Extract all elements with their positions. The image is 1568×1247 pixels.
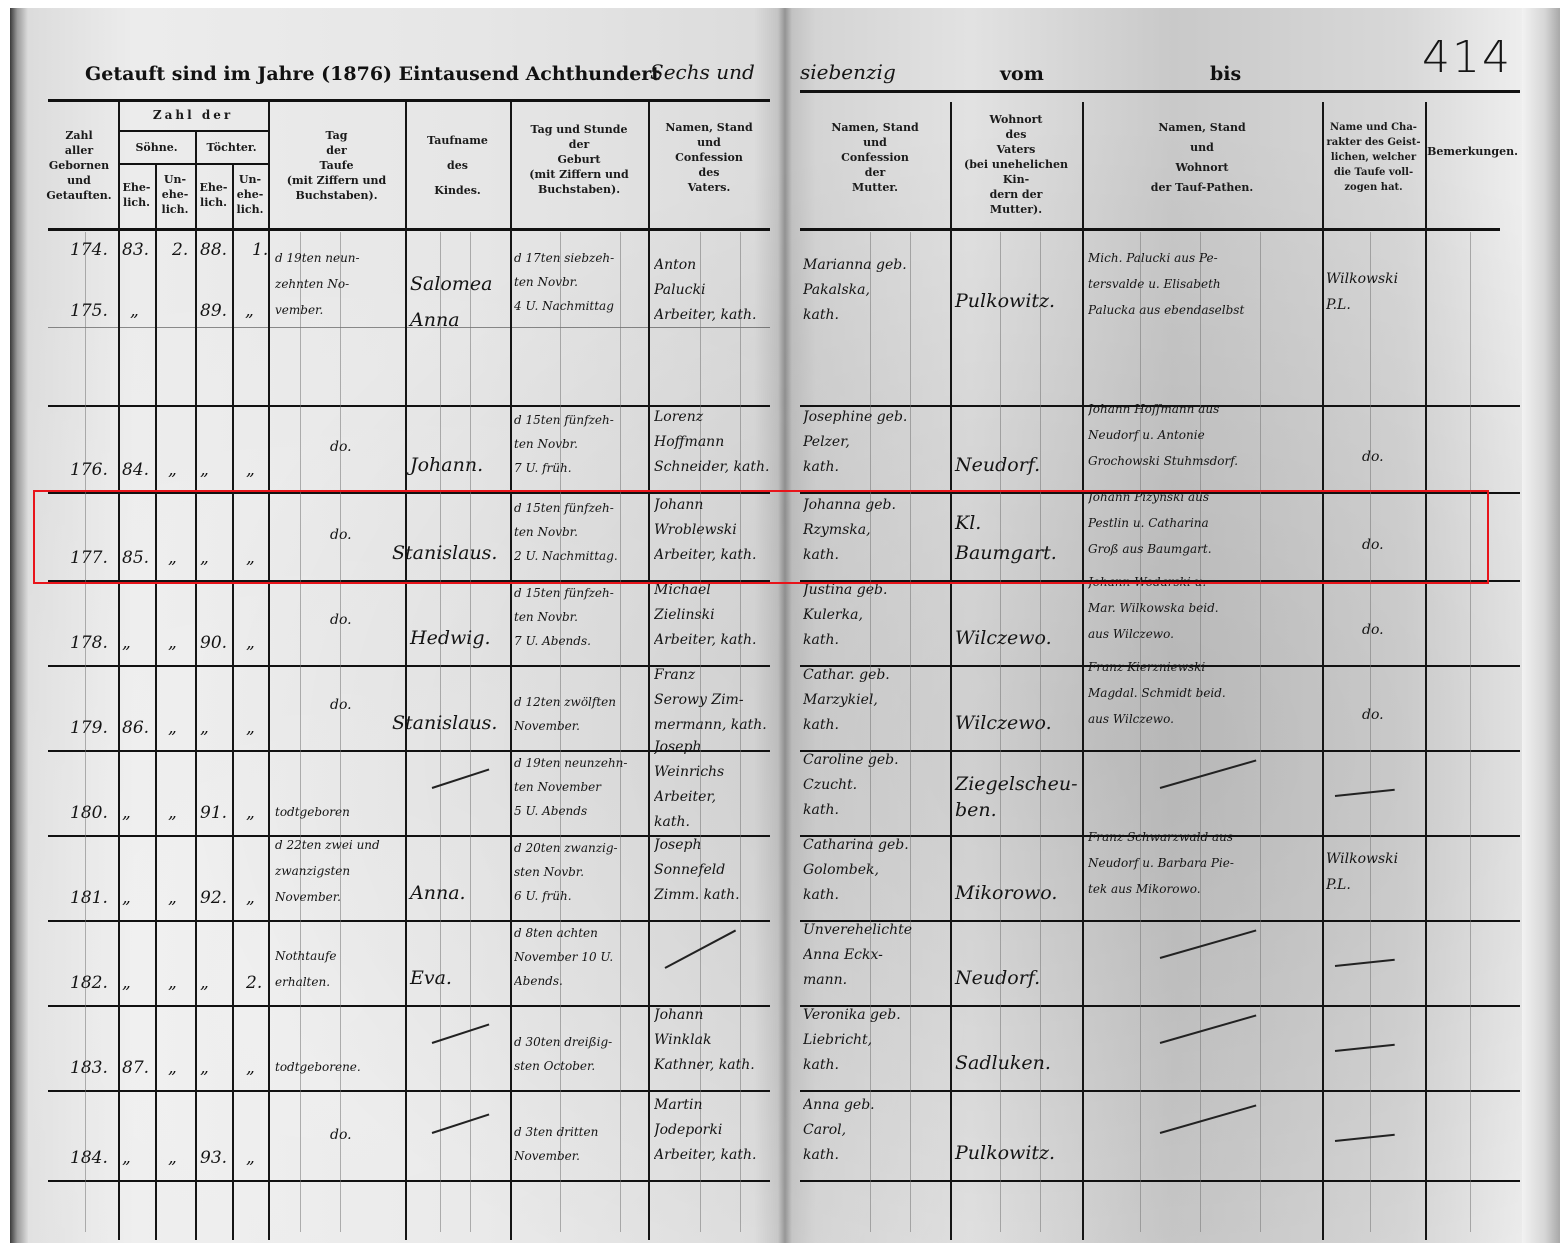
wohnort-des-vaters: Sadluken. xyxy=(955,1052,1051,1074)
book-gutter xyxy=(778,8,792,1243)
soehne-ehelich-count: „ xyxy=(122,1148,131,1168)
entry-number: 175. xyxy=(70,301,108,321)
entry-number: 180. xyxy=(70,803,108,823)
mutter: Justina geb.Kulerka,kath. xyxy=(803,578,949,653)
vater: JohannWinklakKathner, kath. xyxy=(654,1003,772,1078)
wohnort-des-vaters: Neudorf. xyxy=(955,967,1040,989)
faint-ruling xyxy=(1370,232,1371,1232)
toechter-unehelich-count: „ xyxy=(246,1058,255,1078)
row-divider-right xyxy=(800,1090,1520,1092)
toechter-ehelich-count: „ xyxy=(200,460,209,480)
wohnort-des-vaters: Wilczewo. xyxy=(955,712,1052,734)
header-taufname: TaufnamedesKindes. xyxy=(405,128,510,203)
soehne-ehelich-count: 87. xyxy=(122,1058,149,1078)
tag-stunde-geburt: d 3ten drittenNovember. xyxy=(514,1120,648,1168)
geistlicher: WilkowskiP.L. xyxy=(1326,846,1422,898)
toechter-unehelich-count: „ xyxy=(246,888,255,908)
geistlicher: do. xyxy=(1362,444,1384,471)
tauf-pathen: Mich. Palucki aus Pe-tersvalde u. Elisab… xyxy=(1088,245,1320,323)
toechter-unehelich-count: „ xyxy=(246,718,255,738)
toechter-ehelich-count: 88. xyxy=(200,240,227,260)
soehne-unehelich-count: „ xyxy=(168,1058,177,1078)
mutter: Caroline geb.Czucht.kath. xyxy=(803,748,949,823)
tag-der-taufe: todtgeborene. xyxy=(275,1054,403,1080)
wohnort-des-vaters: Ziegelscheu-ben. xyxy=(955,771,1083,823)
title-year-handwritten: Sechs und xyxy=(650,60,755,84)
tag-der-taufe: Nothtaufeerhalten. xyxy=(275,943,403,995)
taufname: Hedwig. xyxy=(410,627,491,649)
column-line xyxy=(268,102,270,1240)
soehne-ehelich-count: „ xyxy=(122,633,131,653)
title-bis: bis xyxy=(1210,63,1241,85)
header-toechter: Töchter. xyxy=(195,140,268,155)
column-line xyxy=(510,102,512,1240)
tag-stunde-geburt: d 19ten neunzehn-ten November5 U. Abends xyxy=(514,751,648,823)
toechter-ehelich-count: 93. xyxy=(200,1148,227,1168)
toechter-ehelich-count: 89. xyxy=(200,301,227,321)
entry-number: 174. xyxy=(70,240,108,260)
header-toechter-ehelich: Ehe-lich. xyxy=(195,180,232,210)
header-bemerkungen: Bemerkungen. xyxy=(1425,144,1520,159)
entry-number: 176. xyxy=(70,460,108,480)
toechter-unehelich-count: „ xyxy=(246,803,255,823)
soehne-unehelich-count: „ xyxy=(168,460,177,480)
tag-der-taufe: do. xyxy=(330,607,352,634)
column-line xyxy=(1425,102,1427,1240)
wohnort-des-vaters: Mikorowo. xyxy=(955,882,1057,904)
tag-stunde-geburt: d 30ten dreißig-sten October. xyxy=(514,1030,648,1078)
toechter-unehelich-count: 1. xyxy=(252,240,268,260)
entry-number: 183. xyxy=(70,1058,108,1078)
mutter: Catharina geb.Golombek,kath. xyxy=(803,833,949,908)
tag-der-taufe: todtgeboren xyxy=(275,799,403,825)
entry-number: 179. xyxy=(70,718,108,738)
toechter-ehelich-count: „ xyxy=(200,1058,209,1078)
soehne-ehelich-count: 83. xyxy=(122,240,149,260)
column-line xyxy=(1082,102,1084,1240)
mutter: Veronika geb.Liebricht,kath. xyxy=(803,1003,949,1078)
row-divider-right xyxy=(800,1180,1520,1182)
geistlicher: do. xyxy=(1362,702,1384,729)
soehne-toechter-rule xyxy=(118,163,268,165)
toechter-unehelich-count: 2. xyxy=(246,973,262,993)
tauf-pathen: Johann Hoffmann ausNeudorf u. AntonieGro… xyxy=(1088,396,1320,474)
tag-stunde-geburt: d 20ten zwanzig-sten Novbr.6 U. früh. xyxy=(514,836,648,908)
mutter: Marianna geb.Pakalska,kath. xyxy=(803,253,949,328)
tauf-pathen: Franz KierzniewskiMagdal. Schmidt beid.a… xyxy=(1088,654,1320,732)
geistlicher: WilkowskiP.L. xyxy=(1326,266,1422,318)
soehne-unehelich-count: „ xyxy=(168,803,177,823)
book-edge-left xyxy=(10,8,28,1243)
toechter-ehelich-count: „ xyxy=(200,718,209,738)
column-line xyxy=(118,102,120,1240)
header-geistlicher: Name und Cha-rakter des Geist-lichen, we… xyxy=(1322,120,1425,195)
wohnort-des-vaters: Pulkowitz. xyxy=(955,1142,1055,1164)
header-soehne: Söhne. xyxy=(118,140,195,155)
toechter-ehelich-count: 91. xyxy=(200,803,227,823)
tag-stunde-geburt: d 8ten achtenNovember 10 U.Abends. xyxy=(514,921,648,993)
title-rule-left xyxy=(48,99,770,102)
column-line xyxy=(232,165,234,1240)
header-tag-der-taufe: TagderTaufe(mit Ziffern undBuchstaben). xyxy=(268,128,405,203)
faint-ruling xyxy=(340,232,341,1232)
entry-number: 182. xyxy=(70,973,108,993)
zahl-der-rule xyxy=(118,130,268,132)
soehne-ehelich-count: 86. xyxy=(122,718,149,738)
page-number: 414 xyxy=(1422,32,1512,83)
soehne-unehelich-count: „ xyxy=(168,1148,177,1168)
ditto-mark: „ xyxy=(130,301,139,321)
soehne-ehelich-count: 84. xyxy=(122,460,149,480)
page-title-left: Getauft sind im Jahre (1876) Eintausend … xyxy=(85,63,660,85)
vater: FranzSerowy Zim-mermann, kath. xyxy=(654,663,772,738)
soehne-ehelich-count: „ xyxy=(122,973,131,993)
geistlicher: do. xyxy=(1362,617,1384,644)
header-wohnort: WohnortdesVaters(bei unehelichen Kin-der… xyxy=(950,112,1082,217)
header-rule-right xyxy=(800,228,1500,231)
toechter-unehelich-count: „ xyxy=(246,633,255,653)
column-line xyxy=(405,102,407,1240)
highlighted-entry-178 xyxy=(33,490,1489,584)
column-line xyxy=(195,130,197,1240)
header-pathen: Namen, StandundWohnortder Tauf-Pathen. xyxy=(1082,118,1322,198)
tauf-pathen: Franz Schwarzwald ausNeudorf u. Barbara … xyxy=(1088,824,1320,902)
toechter-unehelich-count: „ xyxy=(246,460,255,480)
soehne-unehelich-count: 2. xyxy=(172,240,188,260)
tag-der-taufe: d 22ten zwei undzwanzigstenNovember. xyxy=(275,832,403,910)
soehne-unehelich-count: „ xyxy=(168,973,177,993)
ditto-mark: „ xyxy=(245,301,254,321)
vater: LorenzHoffmannSchneider, kath. xyxy=(654,405,772,480)
header-tag-stunde-geburt: Tag und StundederGeburt(mit Ziffern undB… xyxy=(510,122,648,197)
toechter-ehelich-count: 90. xyxy=(200,633,227,653)
faint-ruling xyxy=(300,232,301,1232)
taufname: Stanislaus. xyxy=(392,712,497,734)
toechter-ehelich-count: „ xyxy=(200,973,209,993)
mutter: Anna geb.Carol,kath. xyxy=(803,1093,949,1168)
vater: JosephWeinrichsArbeiter,kath. xyxy=(654,735,772,835)
title-right-handwritten: siebenzig xyxy=(800,60,896,84)
toechter-unehelich-count: „ xyxy=(246,1148,255,1168)
entry-number: 181. xyxy=(70,888,108,908)
taufname: Eva. xyxy=(410,967,452,989)
tag-der-taufe: do. xyxy=(330,692,352,719)
tag-der-taufe: d 19ten neun-zehnten No-vember. xyxy=(275,245,403,323)
taufname: Johann. xyxy=(410,454,483,476)
tag-stunde-geburt: d 12ten zwölftenNovember. xyxy=(514,690,648,738)
tag-stunde-geburt: d 15ten fünfzeh-ten Novbr.7 U. früh. xyxy=(514,408,648,480)
column-line xyxy=(155,165,157,1240)
soehne-unehelich-count: „ xyxy=(168,718,177,738)
wohnort-des-vaters: Neudorf. xyxy=(955,454,1040,476)
header-zahl-der: Zahl der xyxy=(118,108,268,123)
faint-ruling xyxy=(1140,232,1141,1232)
faint-ruling xyxy=(1470,232,1471,1232)
mutter: Cathar. geb.Marzykiel,kath. xyxy=(803,663,949,738)
entry-number: 178. xyxy=(70,633,108,653)
mutter: Josephine geb.Pelzer,kath. xyxy=(803,405,949,480)
tag-der-taufe: do. xyxy=(330,434,352,461)
vater: JosephSonnefeldZimm. kath. xyxy=(654,833,772,908)
tag-stunde-geburt: d 15ten fünfzeh-ten Novbr.7 U. Abends. xyxy=(514,581,648,653)
faint-ruling xyxy=(1260,232,1261,1232)
soehne-ehelich-count: „ xyxy=(122,888,131,908)
title-rule-right xyxy=(800,90,1520,93)
mutter: UnverehelichteAnna Eckx-mann. xyxy=(803,918,949,993)
soehne-unehelich-count: „ xyxy=(168,888,177,908)
header-vater: Namen, StandundConfessiondesVaters. xyxy=(648,120,770,195)
book-edge-right xyxy=(1522,8,1560,1243)
wohnort-des-vaters: Pulkowitz. xyxy=(955,290,1055,312)
column-line xyxy=(950,102,952,1240)
taufname: Anna. xyxy=(410,882,466,904)
tag-der-taufe: do. xyxy=(330,1122,352,1149)
column-line xyxy=(648,102,650,1240)
soehne-unehelich-count: „ xyxy=(168,633,177,653)
header-soehne-unehelich: Un-ehe-lich. xyxy=(155,172,195,217)
taufname: SalomeaAnna xyxy=(410,266,510,338)
title-vom: vom xyxy=(1000,63,1044,85)
toechter-ehelich-count: 92. xyxy=(200,888,227,908)
header-mutter: Namen, StandundConfessionderMutter. xyxy=(800,120,950,195)
faint-ruling xyxy=(1200,232,1201,1232)
wohnort-des-vaters: Wilczewo. xyxy=(955,627,1052,649)
header-soehne-ehelich: Ehe-lich. xyxy=(118,180,155,210)
vater: MichaelZielinskiArbeiter, kath. xyxy=(654,578,772,653)
header-toechter-unehelich: Un-ehe-lich. xyxy=(232,172,268,217)
header-zahl-aller: ZahlallerGebornenundGetauften. xyxy=(42,128,116,203)
entry-number: 184. xyxy=(70,1148,108,1168)
tag-stunde-geburt: d 17ten siebzeh-ten Novbr.4 U. Nachmitta… xyxy=(514,246,648,318)
soehne-ehelich-count: „ xyxy=(122,803,131,823)
vater: MartinJodeporkiArbeiter, kath. xyxy=(654,1093,772,1168)
vater: AntonPaluckiArbeiter, kath. xyxy=(654,253,772,328)
column-line xyxy=(1322,102,1324,1240)
